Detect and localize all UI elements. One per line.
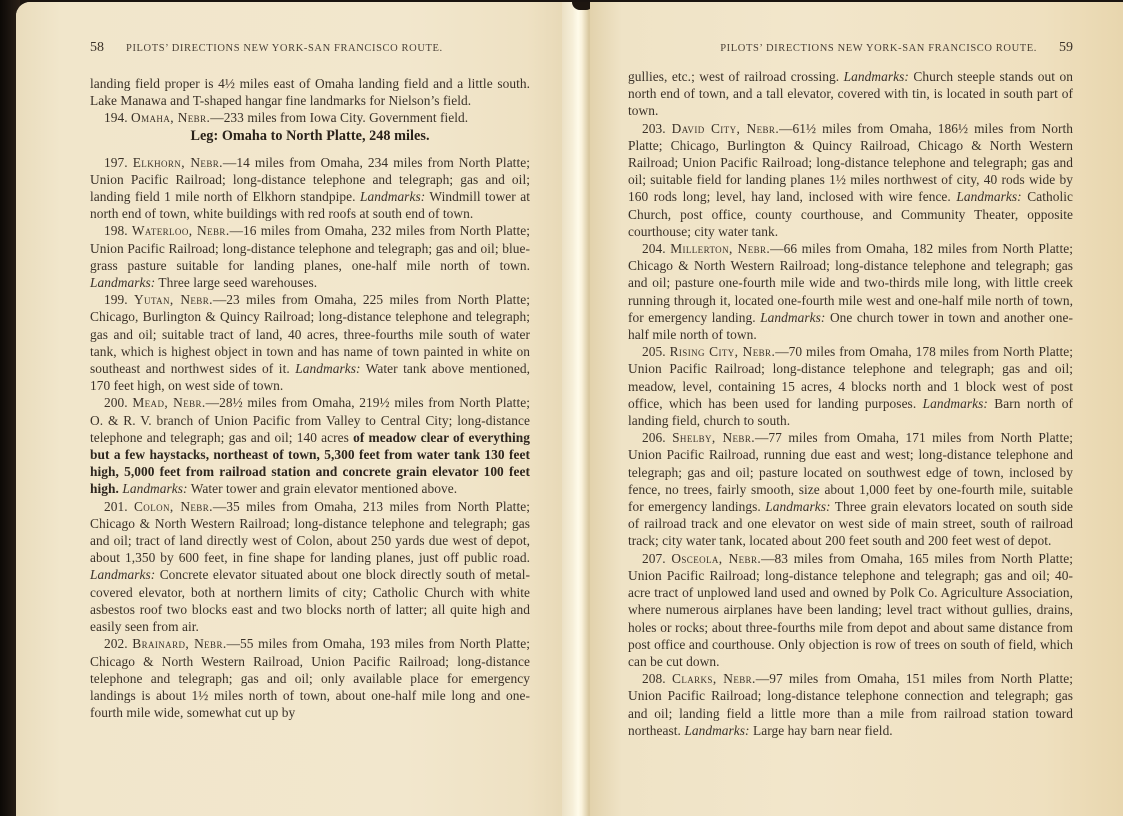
entry-208: 208. Clarks, Nebr.—97 miles from Omaha, … <box>628 670 1073 739</box>
entry-place: Colon, Nebr. <box>134 499 213 514</box>
page-number-right: 59 <box>1059 40 1073 56</box>
entry-number: 203. <box>642 121 666 136</box>
entry-number: 200. <box>104 395 128 410</box>
landmarks-label: Landmarks: <box>760 310 825 325</box>
left-running-head: 58 Pilots’ Directions New York-San Franc… <box>90 40 530 60</box>
right-page-body: gullies, etc.; west of railroad crossing… <box>628 68 1073 739</box>
continuation-text: gullies, etc.; west of railroad crossing… <box>628 69 839 84</box>
entry-place: David City, Nebr. <box>672 121 779 136</box>
entry-number: 194. <box>104 110 128 125</box>
entry-place: Elkhorn, Nebr. <box>133 155 223 170</box>
entry-number: 199. <box>104 292 128 307</box>
entry-201: 201. Colon, Nebr.—35 miles from Omaha, 2… <box>90 498 530 636</box>
landmarks-label: Landmarks: <box>90 567 155 582</box>
landmarks-label: Landmarks: <box>923 396 988 411</box>
book-spread: 58 Pilots’ Directions New York-San Franc… <box>16 2 1123 816</box>
entry-194: 194. Omaha, Nebr.—233 miles from Iowa Ci… <box>90 109 530 126</box>
landmarks-label: Landmarks: <box>122 481 187 496</box>
entry-place: Mead, Nebr. <box>132 395 205 410</box>
entry-number: 206. <box>642 430 666 445</box>
entry-number: 208. <box>642 671 666 686</box>
entry-text: —83 miles from Omaha, 165 miles from Nor… <box>628 551 1073 669</box>
right-running-head: Pilots’ Directions New York-San Francisc… <box>666 40 1073 60</box>
entry-198: 198. Waterloo, Nebr.—16 miles from Omaha… <box>90 222 530 291</box>
continuation-paragraph: landing field proper is 4½ miles east of… <box>90 75 530 109</box>
entry-place: Yutan, Nebr. <box>134 292 213 307</box>
entry-204: 204. Millerton, Nebr.—66 miles from Omah… <box>628 240 1073 343</box>
landmarks-label: Landmarks: <box>684 723 749 738</box>
left-page: 58 Pilots’ Directions New York-San Franc… <box>16 2 572 816</box>
entry-206: 206. Shelby, Nebr.—77 miles from Omaha, … <box>628 429 1073 549</box>
entry-203: 203. David City, Nebr.—61½ miles from Om… <box>628 120 1073 240</box>
running-title-right: Pilots’ Directions New York-San Francisc… <box>720 43 1037 54</box>
entry-number: 197. <box>104 155 128 170</box>
entry-place: Waterloo, Nebr. <box>132 223 230 238</box>
entry-number: 205. <box>642 344 666 359</box>
entry-197: 197. Elkhorn, Nebr.—14 miles from Omaha,… <box>90 154 530 223</box>
landmarks-text: Large hay barn near field. <box>753 723 893 738</box>
entry-207: 207. Osceola, Nebr.—83 miles from Omaha,… <box>628 550 1073 670</box>
right-page: Pilots’ Directions New York-San Francisc… <box>590 2 1123 816</box>
page-number-left: 58 <box>90 40 104 56</box>
entry-place: Clarks, Nebr. <box>672 671 756 686</box>
entry-text: —233 miles from Iowa City. Government fi… <box>210 110 468 125</box>
spacer <box>90 146 530 154</box>
entry-place: Shelby, Nebr. <box>672 430 755 445</box>
entry-place: Brainard, Nebr. <box>132 636 226 651</box>
landmarks-label: Landmarks: <box>765 499 830 514</box>
running-title-left: Pilots’ Directions New York-San Francisc… <box>126 43 443 54</box>
entry-199: 199. Yutan, Nebr.—23 miles from Omaha, 2… <box>90 291 530 394</box>
landmarks-text: Concrete elevator situated about one blo… <box>90 567 530 634</box>
entry-202: 202. Brainard, Nebr.—55 miles from Omaha… <box>90 635 530 721</box>
entry-place: Millerton, Nebr. <box>670 241 770 256</box>
entry-number: 202. <box>104 636 128 651</box>
continuation-paragraph: gullies, etc.; west of railroad crossing… <box>628 68 1073 120</box>
landmarks-text: Water tower and grain elevator mentioned… <box>191 481 457 496</box>
landmarks-label: Landmarks: <box>360 189 425 204</box>
entry-number: 201. <box>104 499 128 514</box>
landmarks-label: Landmarks: <box>90 275 155 290</box>
entry-place: Osceola, Nebr. <box>671 551 761 566</box>
leg-heading: Leg: Omaha to North Platte, 248 miles. <box>90 127 530 146</box>
landmarks-label: Landmarks: <box>956 189 1021 204</box>
entry-number: 207. <box>642 551 666 566</box>
entry-number: 198. <box>104 223 128 238</box>
entry-200: 200. Mead, Nebr.—28½ miles from Omaha, 2… <box>90 394 530 497</box>
landmarks-label: Landmarks: <box>844 69 909 84</box>
left-page-body: landing field proper is 4½ miles east of… <box>90 75 530 721</box>
entry-205: 205. Rising City, Nebr.—70 miles from Om… <box>628 343 1073 429</box>
entry-place: Omaha, Nebr. <box>131 110 210 125</box>
entry-place: Rising City, Nebr. <box>670 344 776 359</box>
landmarks-text: Three large seed warehouses. <box>158 275 317 290</box>
landmarks-label: Landmarks: <box>295 361 360 376</box>
entry-number: 204. <box>642 241 666 256</box>
